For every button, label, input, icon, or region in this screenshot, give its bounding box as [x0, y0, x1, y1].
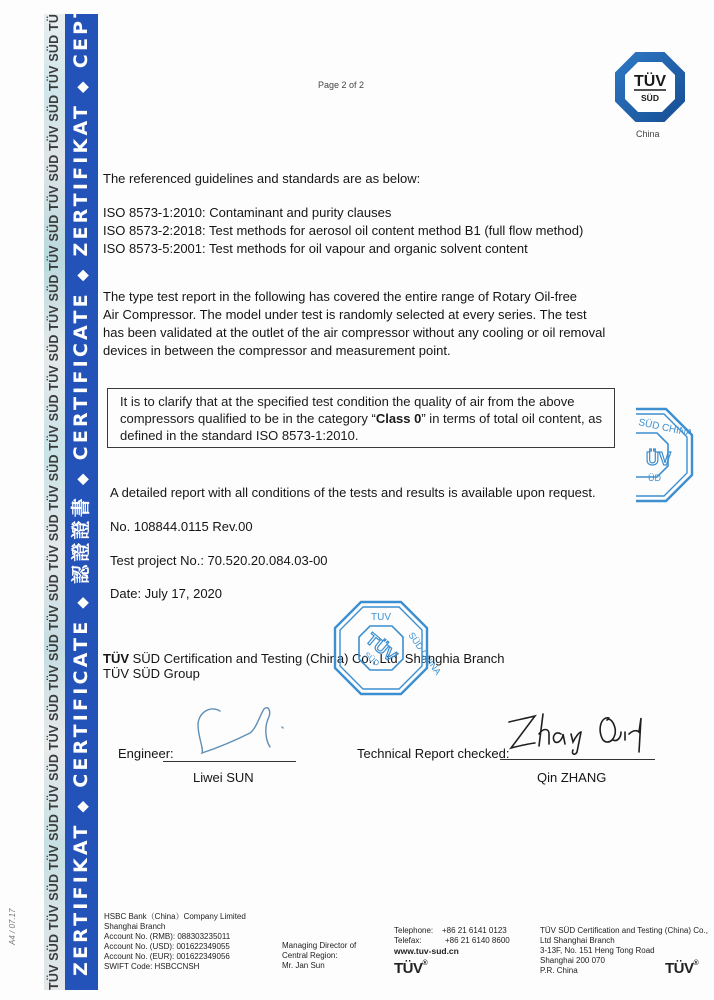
bank-line: SWIFT Code: HSBCCNSH	[104, 962, 246, 972]
scope-line: devices in between the compressor and me…	[103, 342, 643, 360]
diamond-icon: ◆	[73, 78, 91, 93]
contact-details: Telephone:+86 21 6141 0123 Telefax:+86 2…	[394, 926, 510, 956]
website-link[interactable]: www.tuv-sud.cn	[394, 946, 510, 956]
report-date: Date: July 17, 2020	[110, 585, 222, 603]
certificate-band-text: ZERTIFIKAT◆CERTIFICATE◆認證證書◆CERTIFICATE◆…	[65, 14, 98, 990]
registered-icon: ®	[423, 960, 428, 967]
scope-line: Air Compressor. The model under test is …	[103, 306, 643, 324]
band-word: ZERTIFIKAT	[70, 103, 92, 257]
scope-paragraph: The type test report in the following ha…	[103, 288, 643, 360]
bank-line: HSBC Bank（China）Company Limited	[104, 912, 246, 922]
band-word: CERTIFICATE	[70, 291, 92, 460]
hologram-text: TÜV SÜD TÜV SÜD TÜV SÜD TÜV SÜD TÜV SÜD …	[44, 14, 65, 990]
band-word: СЕРТИФИКАТ	[70, 14, 92, 68]
tuv-mark-text: TÜV	[394, 960, 423, 977]
diamond-icon: ◆	[73, 266, 91, 281]
standard-item: ISO 8573-1:2010: Contaminant and purity …	[103, 204, 583, 222]
stamp-icon: TUV SÜD CHINA TÜV SÜD	[333, 600, 429, 696]
bank-line: Account No. (USD): 001622349055	[104, 942, 246, 952]
engineer-signature	[190, 703, 300, 758]
standard-item: ISO 8573-5:2001: Test methods for oil va…	[103, 240, 583, 258]
page-number: Page 2 of 2	[318, 80, 364, 90]
svg-text:ÜV: ÜV	[646, 449, 671, 469]
detail-note: A detailed report with all conditions of…	[110, 484, 596, 502]
svg-text:SÜD CHINA: SÜD CHINA	[637, 416, 694, 439]
report-number: No. 108844.0115 Rev.00	[110, 518, 253, 536]
tuv-mark-text: TÜV	[665, 960, 694, 977]
svg-text:ÜD: ÜD	[648, 473, 661, 483]
signature-icon	[190, 703, 300, 758]
standards-list: ISO 8573-1:2010: Contaminant and purity …	[103, 204, 583, 258]
scope-line: The type test report in the following ha…	[103, 288, 643, 306]
band-word: 認證證書	[70, 495, 92, 584]
diamond-icon: ◆	[73, 798, 91, 813]
diamond-icon: ◆	[73, 594, 91, 609]
bank-line: Account No. (EUR): 001622349056	[104, 952, 246, 962]
tuv-sud-logo: TÜV SÜD	[615, 52, 685, 122]
engineer-signature-line	[163, 761, 296, 762]
managing-director: Managing Director of Central Region: Mr.…	[282, 941, 356, 971]
standard-item: ISO 8573-2:2018: Test methods for aeroso…	[103, 222, 583, 240]
checker-signature	[505, 708, 665, 758]
bank-line: Account No. (RMB): 088303235011	[104, 932, 246, 942]
telephone-label: Telephone:	[394, 926, 442, 936]
address-line: 3-13F, No. 151 Heng Tong Road	[540, 946, 708, 956]
hologram-strip: TÜV SÜD TÜV SÜD TÜV SÜD TÜV SÜD TÜV SÜD …	[44, 14, 65, 990]
official-stamp-partial: SÜD CHINA ÜV ÜD	[636, 405, 696, 505]
band-word: ZERTIFIKAT	[70, 822, 92, 976]
svg-text:SÜD: SÜD	[641, 93, 659, 103]
form-code: A4 / 07.17	[8, 885, 22, 945]
certificate-band: ZERTIFIKAT◆CERTIFICATE◆認證證書◆CERTIFICATE◆…	[65, 14, 98, 990]
scope-line: has been validated at the outlet of the …	[103, 324, 643, 342]
issuer-group: TÜV SÜD Group	[103, 665, 200, 683]
address-line: Ltd Shanghai Branch	[540, 936, 708, 946]
telephone-value: +86 21 6141 0123	[442, 926, 507, 935]
bank-details: HSBC Bank（China）Company Limited Shanghai…	[104, 912, 246, 972]
svg-text:TUV: TUV	[371, 612, 391, 623]
md-line: Mr. Jan Sun	[282, 961, 356, 971]
bank-line: Shanghai Branch	[104, 922, 246, 932]
address-line: TÜV SÜD Certification and Testing (China…	[540, 926, 708, 936]
registered-icon: ®	[694, 960, 699, 967]
issuer-brand: TÜV	[103, 651, 129, 666]
engineer-name: Liwei SUN	[193, 769, 254, 787]
official-stamp-main: TUV SÜD CHINA TÜV SÜD	[333, 600, 429, 696]
md-line: Managing Director of	[282, 941, 356, 951]
issuer-rest: SÜD Certification and Testing (China) Co…	[129, 651, 505, 666]
svg-text:TÜV: TÜV	[634, 71, 666, 90]
telefax-value: +86 21 6140 8600	[442, 936, 510, 945]
telefax-label: Telefax:	[394, 936, 442, 946]
footer-tuv-mark-left: TÜV®	[394, 960, 427, 977]
clarification-box: It is to clarify that at the specified t…	[107, 388, 615, 448]
logo-caption: China	[636, 129, 660, 139]
checker-label: Technical Report checked:	[357, 745, 509, 763]
class-label: Class 0	[376, 411, 422, 426]
checker-name: Qin ZHANG	[537, 769, 606, 787]
intro-text: The referenced guidelines and standards …	[103, 170, 420, 188]
stamp-partial-icon: SÜD CHINA ÜV ÜD	[636, 405, 696, 505]
md-line: Central Region:	[282, 951, 356, 961]
footer-tuv-mark-right: TÜV®	[665, 960, 698, 977]
band-word: CERTIFICATE	[70, 619, 92, 788]
project-number: Test project No.: 70.520.20.084.03-00	[110, 552, 328, 570]
checker-signature-line	[500, 759, 655, 760]
signature-icon	[505, 708, 665, 758]
diamond-icon: ◆	[73, 470, 91, 485]
tuv-octagon-icon: TÜV SÜD	[615, 52, 685, 122]
